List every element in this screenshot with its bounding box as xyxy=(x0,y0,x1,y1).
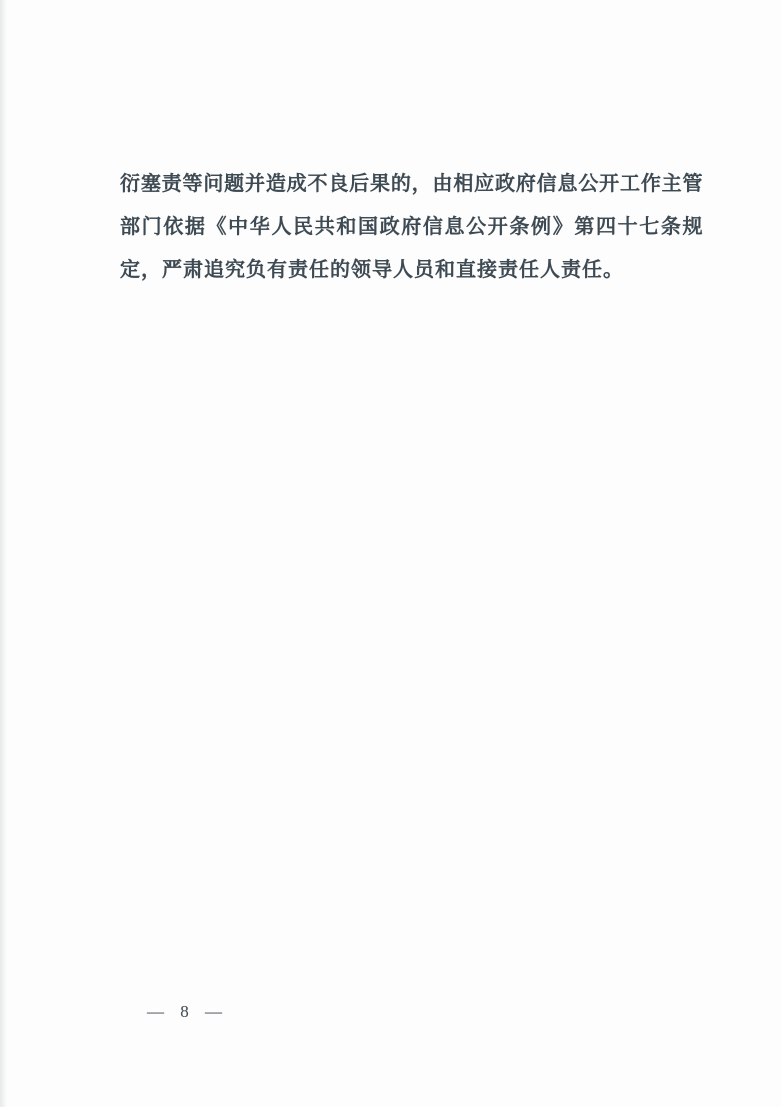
body-paragraph: 衍塞责等问题并造成不良后果的，由相应政府信息公开工作主管 部门依据《中华人民共和… xyxy=(120,163,703,292)
page-number: — 8 — xyxy=(147,1002,223,1022)
paragraph-line-1: 衍塞责等问题并造成不良后果的，由相应政府信息公开工作主管 xyxy=(120,163,703,206)
document-page: 衍塞责等问题并造成不良后果的，由相应政府信息公开工作主管 部门依据《中华人民共和… xyxy=(0,0,782,1107)
paragraph-line-3: 定，严肃追究负有责任的领导人员和直接责任人责任。 xyxy=(120,249,703,292)
scan-edge-shadow xyxy=(0,0,7,1107)
paragraph-line-2: 部门依据《中华人民共和国政府信息公开条例》第四十七条规 xyxy=(120,206,703,249)
